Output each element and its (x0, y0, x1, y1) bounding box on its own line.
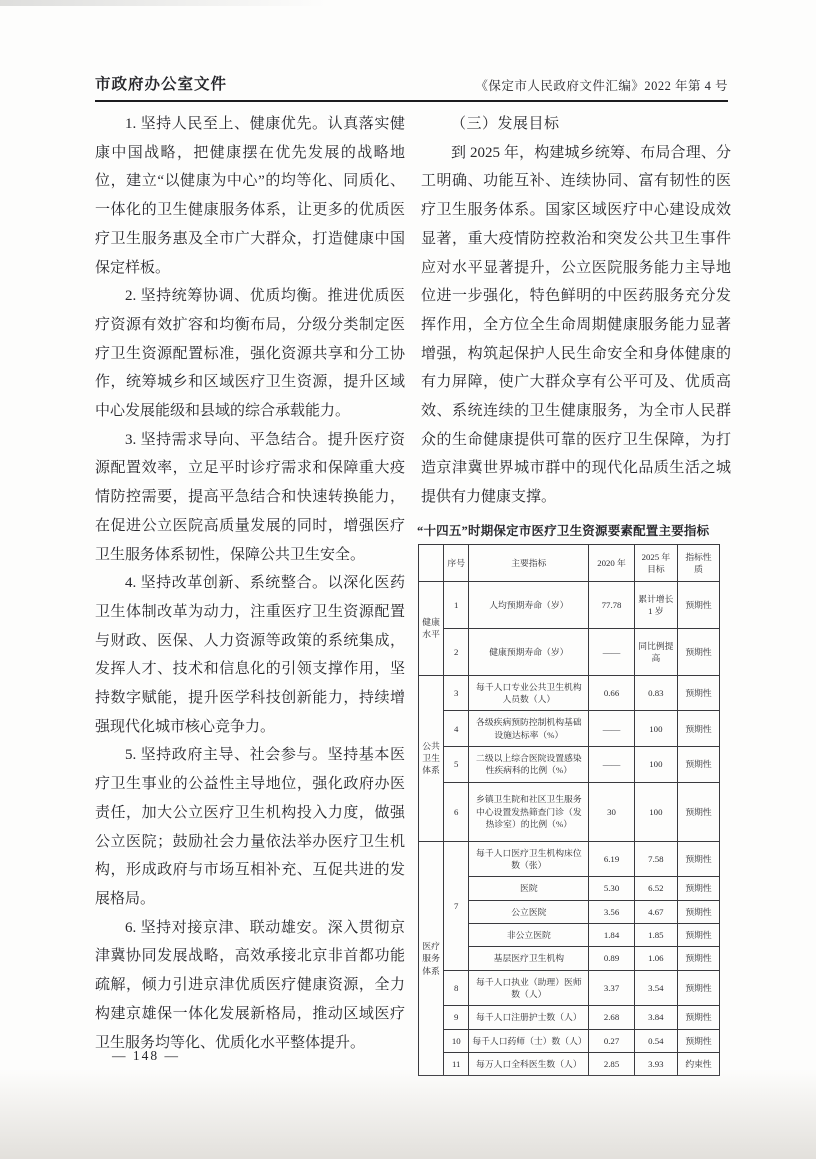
seq-cell: 7 (444, 841, 469, 970)
seq-cell: 4 (444, 711, 469, 747)
value-2025-cell: 6.52 (634, 877, 677, 900)
indicator-cell: 各级疾病预防控制机构基础设施达标率（%） (469, 711, 589, 747)
nature-cell: 预期性 (678, 947, 720, 970)
value-2025-cell: 同比例提高 (634, 628, 677, 675)
right-column: （三）发展目标 到 2025 年，构建城乡统筹、布局合理、分工明确、功能互补、连… (421, 110, 731, 1076)
indicator-cell: 每千人口医疗卫生机构床位数（张） (469, 841, 589, 877)
seq-cell: 10 (444, 1029, 469, 1052)
category-cell: 公共卫生体系 (419, 675, 444, 841)
value-2020-cell: 3.37 (589, 970, 634, 1006)
nature-header: 指标性质 (678, 544, 720, 581)
nature-cell: 预期性 (678, 581, 720, 628)
indicator-cell: 每万人口全科医生数（人） (469, 1052, 589, 1075)
year-2020-header: 2020 年 (589, 544, 634, 581)
value-2020-cell: 0.89 (589, 947, 634, 970)
paragraph-6: 6. 坚持对接京津、联动雄安。深入贯彻京津冀协同发展战略，高效承接北京非首都功能… (95, 914, 405, 1058)
header-left-title: 市政府办公室文件 (95, 72, 227, 94)
value-2025-cell: 7.58 (634, 841, 677, 877)
seq-cell: 6 (444, 782, 469, 841)
value-2025-cell: 累计增长 1 岁 (634, 581, 677, 628)
value-2025-cell: 0.54 (634, 1029, 677, 1052)
indicator-header: 主要指标 (469, 544, 589, 581)
paragraph-5: 5. 坚持政府主导、社会参与。坚持基本医疗卫生事业的公益性主导地位，强化政府办医… (95, 741, 405, 913)
value-2025-cell: 100 (634, 747, 677, 783)
table-row: 公共卫生体系3每千人口专业公共卫生机构人员数（人）0.660.83预期性 (419, 675, 720, 711)
value-2025-cell: 3.84 (634, 1006, 677, 1029)
table-row: 4各级疾病预防控制机构基础设施达标率（%）——100预期性 (419, 711, 720, 747)
category-cell: 医疗服务体系 (419, 841, 444, 1075)
indicator-cell: 基层医疗卫生机构 (469, 947, 589, 970)
table-title: “十四五”时期保定市医疗卫生资源要素配置主要指标 (417, 521, 731, 539)
table-row: 2健康预期寿命（岁）——同比例提高预期性 (419, 628, 720, 675)
section-heading: （三）发展目标 (421, 110, 731, 139)
paragraph-4: 4. 坚持改革创新、系统整合。以深化医药卫生体制改革为动力，注重医疗卫生资源配置… (95, 569, 405, 741)
table-row: 8每千人口执业（助理）医师数（人）3.373.54预期性 (419, 970, 720, 1006)
table-row: 医疗服务体系7每千人口医疗卫生机构床位数（张）6.197.58预期性 (419, 841, 720, 877)
table-header-row: 序号 主要指标 2020 年 2025 年目标 指标性质 (419, 544, 720, 581)
value-2020-cell: —— (589, 628, 634, 675)
table-row: 健康水平1人均预期寿命（岁）77.78累计增长 1 岁预期性 (419, 581, 720, 628)
nature-cell: 预期性 (678, 877, 720, 900)
value-2025-cell: 1.85 (634, 923, 677, 946)
seq-cell: 8 (444, 970, 469, 1006)
paragraph-3: 3. 坚持需求导向、平急结合。提升医疗资源配置效率，立足平时诊疗需求和保障重大疫… (95, 426, 405, 570)
nature-cell: 预期性 (678, 675, 720, 711)
left-column: 1. 坚持人民至上、健康优先。认真落实健康中国战略，把健康摆在优先发展的战略地位… (95, 110, 405, 1076)
nature-cell: 预期性 (678, 711, 720, 747)
value-2025-cell: 100 (634, 711, 677, 747)
nature-cell: 预期性 (678, 923, 720, 946)
indicator-cell: 每千人口专业公共卫生机构人员数（人） (469, 675, 589, 711)
nature-cell: 预期性 (678, 747, 720, 783)
indicator-cell: 医院 (469, 877, 589, 900)
page-header: 市政府办公室文件 《保定市人民政府文件汇编》2022 年第 4 号 (95, 72, 728, 102)
table-row: 6乡镇卫生院和社区卫生服务中心设置发热筛查门诊（发热诊室）的比例（%）30100… (419, 782, 720, 841)
value-2020-cell: 2.85 (589, 1052, 634, 1075)
nature-cell: 预期性 (678, 970, 720, 1006)
table-row: 11每万人口全科医生数（人）2.853.93约束性 (419, 1052, 720, 1075)
value-2020-cell: —— (589, 747, 634, 783)
paragraph-1: 1. 坚持人民至上、健康优先。认真落实健康中国战略，把健康摆在优先发展的战略地位… (95, 110, 405, 282)
nature-cell: 预期性 (678, 841, 720, 877)
value-2020-cell: 0.27 (589, 1029, 634, 1052)
value-2025-cell: 3.93 (634, 1052, 677, 1075)
document-page: 市政府办公室文件 《保定市人民政府文件汇编》2022 年第 4 号 1. 坚持人… (0, 0, 816, 1159)
value-2020-cell: 6.19 (589, 841, 634, 877)
value-2020-cell: 2.68 (589, 1006, 634, 1029)
paragraph-2: 2. 坚持统筹协调、优质均衡。推进优质医疗资源有效扩容和均衡布局，分级分类制定医… (95, 282, 405, 426)
table-row: 5二级以上综合医院设置感染性疾病科的比例（%）——100预期性 (419, 747, 720, 783)
category-header-cell (419, 544, 444, 581)
nature-cell: 预期性 (678, 628, 720, 675)
value-2025-cell: 1.06 (634, 947, 677, 970)
value-2025-cell: 0.83 (634, 675, 677, 711)
nature-cell: 预期性 (678, 782, 720, 841)
indicator-cell: 二级以上综合医院设置感染性疾病科的比例（%） (469, 747, 589, 783)
value-2020-cell: 77.78 (589, 581, 634, 628)
indicator-cell: 公立医院 (469, 900, 589, 923)
seq-cell: 1 (444, 581, 469, 628)
indicators-table: 序号 主要指标 2020 年 2025 年目标 指标性质 健康水平1人均预期寿命… (418, 544, 720, 1076)
indicator-cell: 非公立医院 (469, 923, 589, 946)
value-2020-cell: 30 (589, 782, 634, 841)
seq-cell: 11 (444, 1052, 469, 1075)
indicator-cell: 每千人口执业（助理）医师数（人） (469, 970, 589, 1006)
indicator-cell: 乡镇卫生院和社区卫生服务中心设置发热筛查门诊（发热诊室）的比例（%） (469, 782, 589, 841)
value-2020-cell: 0.66 (589, 675, 634, 711)
value-2020-cell: —— (589, 711, 634, 747)
nature-cell: 预期性 (678, 900, 720, 923)
seq-cell: 9 (444, 1006, 469, 1029)
indicator-cell: 健康预期寿命（岁） (469, 628, 589, 675)
category-cell: 健康水平 (419, 581, 444, 675)
value-2025-cell: 100 (634, 782, 677, 841)
page-number: — 148 — (112, 1048, 180, 1064)
value-2020-cell: 1.84 (589, 923, 634, 946)
nature-cell: 预期性 (678, 1029, 720, 1052)
seq-header: 序号 (444, 544, 469, 581)
goals-paragraph: 到 2025 年，构建城乡统筹、布局合理、分工明确、功能互补、连续协同、富有韧性… (421, 139, 731, 512)
two-column-body: 1. 坚持人民至上、健康优先。认真落实健康中国战略，把健康摆在优先发展的战略地位… (95, 110, 731, 1076)
seq-cell: 2 (444, 628, 469, 675)
indicators-table-body: 健康水平1人均预期寿命（岁）77.78累计增长 1 岁预期性2健康预期寿命（岁）… (419, 581, 720, 1075)
value-2020-cell: 5.30 (589, 877, 634, 900)
value-2025-cell: 3.54 (634, 970, 677, 1006)
seq-cell: 5 (444, 747, 469, 783)
value-2025-cell: 4.67 (634, 900, 677, 923)
nature-cell: 预期性 (678, 1006, 720, 1029)
table-row: 9每千人口注册护士数（人）2.683.84预期性 (419, 1006, 720, 1029)
nature-cell: 约束性 (678, 1052, 720, 1075)
header-right-title: 《保定市人民政府文件汇编》2022 年第 4 号 (475, 76, 728, 94)
table-row: 10每千人口药师（士）数（人）0.270.54预期性 (419, 1029, 720, 1052)
seq-cell: 3 (444, 675, 469, 711)
indicator-cell: 人均预期寿命（岁） (469, 581, 589, 628)
value-2020-cell: 3.56 (589, 900, 634, 923)
year-2025-header: 2025 年目标 (634, 544, 677, 581)
indicator-cell: 每千人口药师（士）数（人） (469, 1029, 589, 1052)
indicator-cell: 每千人口注册护士数（人） (469, 1006, 589, 1029)
